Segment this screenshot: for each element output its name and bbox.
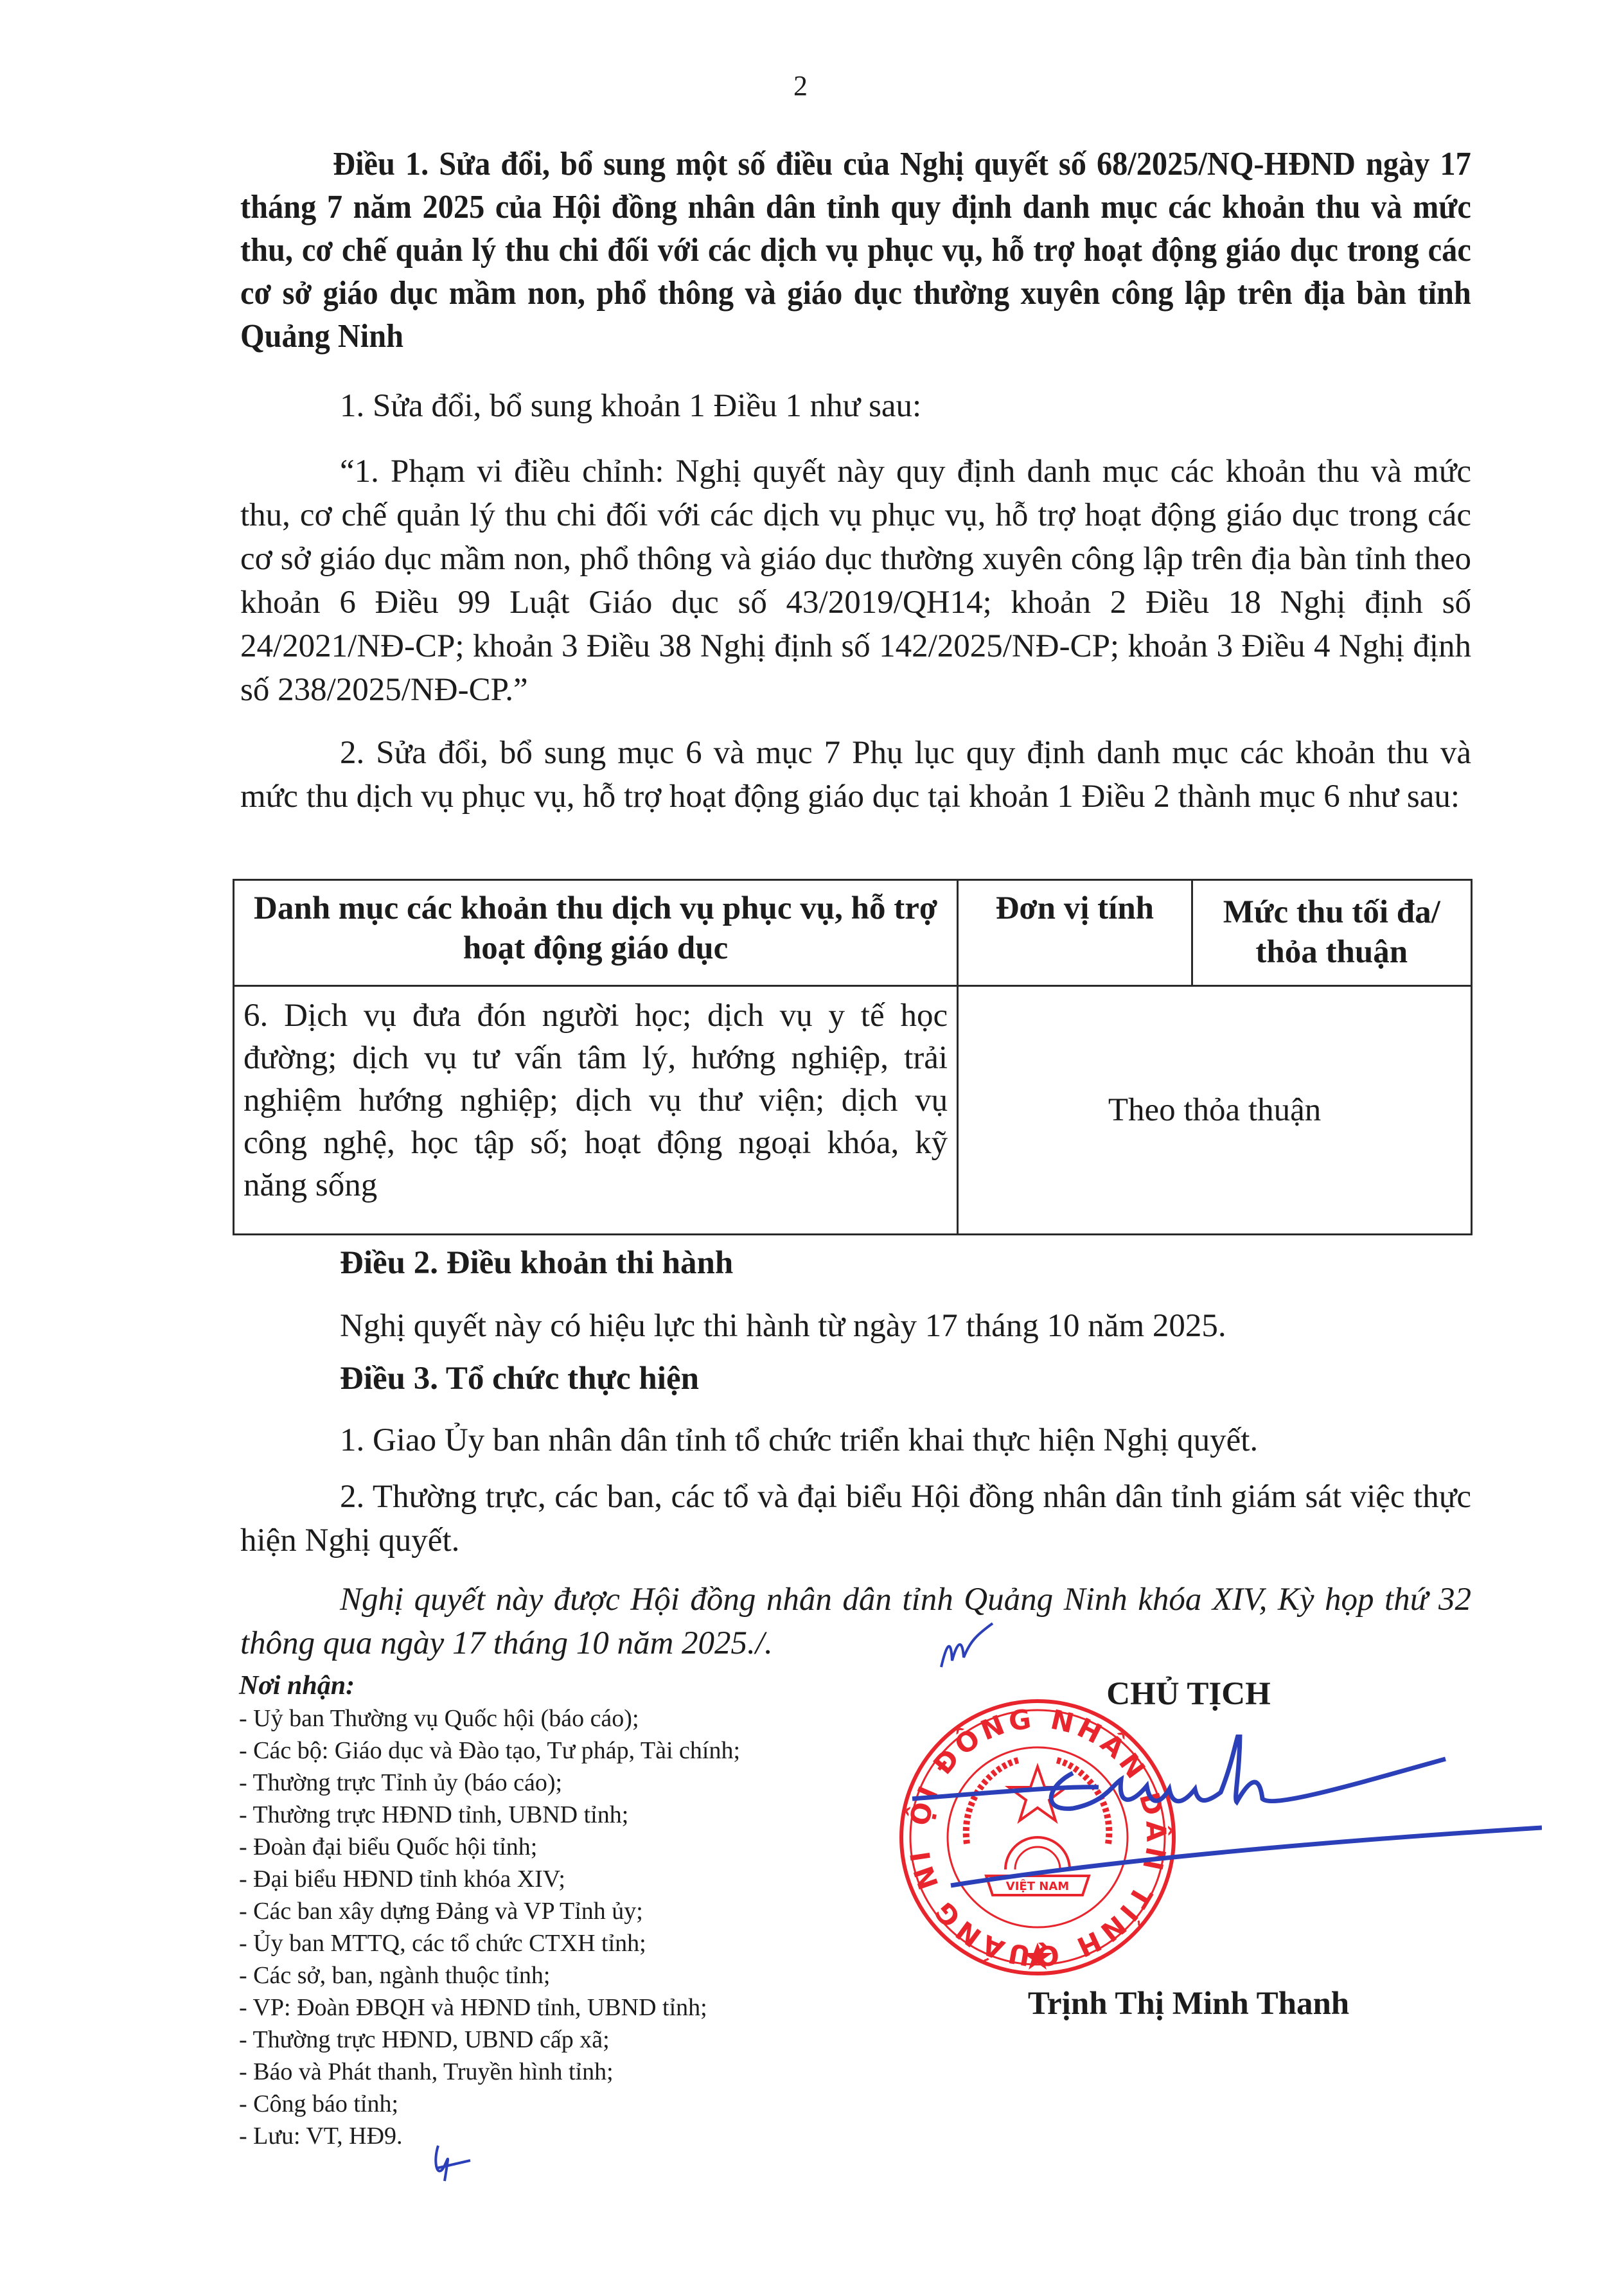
handwritten-initial-mark	[938, 1622, 996, 1673]
article-2-heading: Điều 2. Điều khoản thi hành	[240, 1241, 1471, 1285]
recipient-item: - Các bộ: Giáo dục và Đào tạo, Tư pháp, …	[239, 1735, 869, 1767]
article-1-item-1-intro: 1. Sửa đổi, bổ sung khoản 1 Điều 1 như s…	[240, 384, 1471, 428]
article-3-item-1: 1. Giao Ủy ban nhân dân tỉnh tổ chức tri…	[240, 1418, 1471, 1462]
recipients-list: - Uỷ ban Thường vụ Quốc hội (báo cáo);- …	[239, 1702, 869, 2152]
table-header-rate: Mức thu tối đa/ thỏa thuận	[1192, 880, 1471, 986]
recipient-item: - Các ban xây dựng Đảng và VP Tỉnh ủy;	[239, 1895, 869, 1927]
article-1-heading: Điều 1. Sửa đổi, bổ sung một số điều của…	[240, 143, 1471, 358]
table-row: 6. Dịch vụ đưa đón người học; dịch vụ y …	[234, 986, 1472, 1235]
table-header-unit: Đơn vị tính	[958, 880, 1192, 986]
article-2-text: Nghị quyết này có hiệu lực thi hành từ n…	[240, 1304, 1471, 1348]
recipient-item: - Ủy ban MTTQ, các tổ chức CTXH tỉnh;	[239, 1927, 869, 1959]
recipient-item: - Thường trực HĐND tỉnh, UBND tỉnh;	[239, 1799, 869, 1831]
recipients-title: Nơi nhận:	[239, 1669, 869, 1702]
handwritten-signature	[899, 1735, 1542, 1940]
article-3-item-2: 2. Thường trực, các ban, các tổ và đại b…	[240, 1475, 1471, 1562]
recipient-item: - Đoàn đại biểu Quốc hội tỉnh;	[239, 1831, 869, 1863]
recipient-item: - Lưu: VT, HĐ9.	[239, 2120, 869, 2152]
table-header-category: Danh mục các khoản thu dịch vụ phục vụ, …	[234, 880, 958, 986]
article-1-item-2-intro: 2. Sửa đổi, bổ sung mục 6 và mục 7 Phụ l…	[240, 731, 1471, 818]
recipient-item: - Uỷ ban Thường vụ Quốc hội (báo cáo);	[239, 1702, 869, 1735]
page-number: 2	[0, 69, 1601, 102]
article-3-heading: Điều 3. Tổ chức thực hiện	[240, 1357, 1471, 1400]
table-header-row: Danh mục các khoản thu dịch vụ phục vụ, …	[234, 880, 1472, 986]
signer-name: Trịnh Thị Minh Thanh	[957, 1985, 1420, 2022]
fee-table: Danh mục các khoản thu dịch vụ phục vụ, …	[233, 879, 1473, 1235]
handwritten-initial-mark	[430, 2142, 475, 2187]
recipient-item: - Thường trực HĐND, UBND cấp xã;	[239, 2024, 869, 2056]
recipient-item: - Thường trực Tỉnh ủy (báo cáo);	[239, 1767, 869, 1799]
recipient-item: - VP: Đoàn ĐBQH và HĐND tỉnh, UBND tỉnh;	[239, 1991, 869, 2024]
table-cell-description: 6. Dịch vụ đưa đón người học; dịch vụ y …	[234, 986, 958, 1235]
article-1-item-1-quote: “1. Phạm vi điều chỉnh: Nghị quyết này q…	[240, 450, 1471, 712]
recipients-block: Nơi nhận: - Uỷ ban Thường vụ Quốc hội (b…	[239, 1669, 869, 2152]
recipient-item: - Đại biểu HĐND tỉnh khóa XIV;	[239, 1863, 869, 1895]
recipient-item: - Các sở, ban, ngành thuộc tỉnh;	[239, 1959, 869, 1991]
closing-statement: Nghị quyết này được Hội đồng nhân dân tỉ…	[240, 1578, 1471, 1665]
recipient-item: - Báo và Phát thanh, Truyền hình tỉnh;	[239, 2056, 869, 2088]
table-cell-rate-value: Theo thỏa thuận	[958, 986, 1472, 1235]
recipient-item: - Công báo tỉnh;	[239, 2088, 869, 2120]
